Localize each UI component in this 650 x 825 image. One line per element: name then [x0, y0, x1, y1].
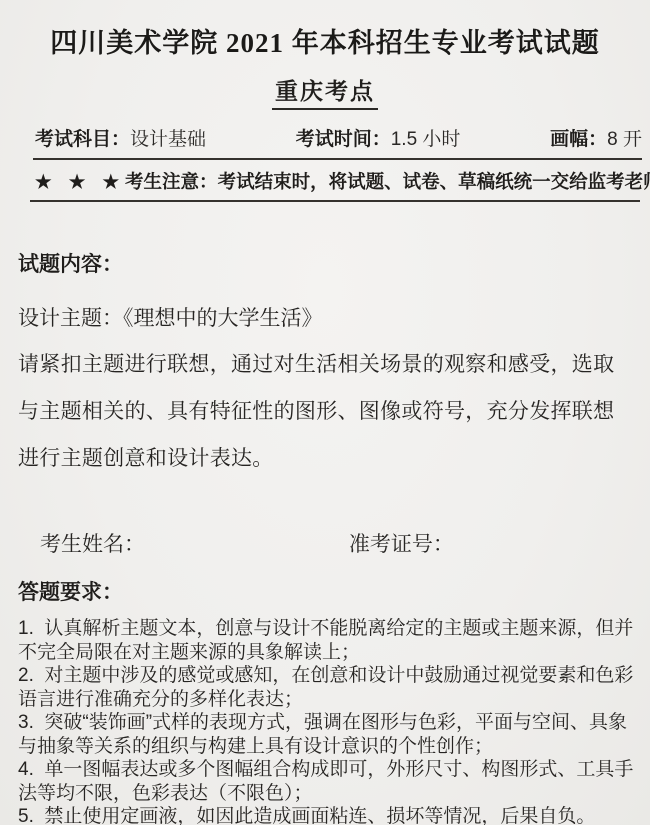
content-heading: 试题内容： [18, 248, 635, 278]
design-theme: 设计主题：《理想中的大学生活》 [18, 302, 635, 332]
page-title: 四川美术学院 2021 年本科招生专业考试试题 [0, 0, 650, 60]
candidate-name-label: 考生姓名： [40, 533, 145, 556]
candidate-info-row: 考生姓名： 准考证号： [18, 528, 635, 558]
exam-paper: 四川美术学院 2021 年本科招生专业考试试题 重庆考点 考试科目：设计基础 考… [0, 0, 650, 825]
requirement-item: 3. 突破“装饰画”式样的表现方式，强调在图形与色彩，平面与空间、具象与抽象等关… [18, 711, 635, 758]
requirements-heading: 答题要求： [18, 576, 635, 606]
subtitle-wrap: 重庆考点 [0, 73, 650, 110]
exam-meta-row: 考试科目：设计基础 考试时间：1.5 小时 画幅：8 开 [33, 124, 642, 160]
ticket-number-label: 准考证号： [349, 533, 454, 556]
exam-duration-label: 考试时间： [296, 129, 391, 150]
exam-duration: 考试时间：1.5 小时 [296, 124, 461, 151]
notice-label: 考生注意： [125, 171, 218, 192]
requirements-list: 1. 认真解析主题文本，创意与设计不能脱离给定的主题或主题来源，但并不完全局限在… [18, 617, 635, 825]
candidate-notice-row: ★ ★ ★考生注意：考试结束时，将试题、试卷、草稿纸统一交给监考老师。★ ★ ★ [30, 160, 640, 202]
exam-subject: 考试科目：设计基础 [35, 124, 206, 151]
paper-format-label: 画幅： [550, 129, 607, 150]
exam-brief-paragraph: 请紧扣主题进行联想，通过对生活相关场景的观察和感受，选取与主题相关的、具有特征性… [18, 341, 635, 482]
exam-site-subtitle: 重庆考点 [272, 73, 378, 110]
requirement-item: 5. 禁止使用定画液，如因此造成画面粘连、损坏等情况，后果自负。 [18, 805, 635, 825]
paper-format: 画幅：8 开 [550, 124, 642, 151]
requirement-item: 1. 认真解析主题文本，创意与设计不能脱离给定的主题或主题来源，但并不完全局限在… [18, 617, 635, 664]
requirement-item: 2. 对主题中涉及的感觉或感知，在创意和设计中鼓励通过视觉要素和色彩语言进行准确… [18, 664, 635, 711]
paper-format-value: 8 开 [607, 129, 642, 150]
requirement-item: 4. 单一图幅表达或多个图幅组合构成即可，外形尺寸、构图形式、工具手法等均不限，… [18, 758, 635, 805]
notice-text: 考试结束时，将试题、试卷、草稿纸统一交给监考老师。 [218, 171, 650, 192]
exam-content: 试题内容： 设计主题：《理想中的大学生活》 请紧扣主题进行联想，通过对生活相关场… [18, 248, 635, 825]
star-icons-left: ★ ★ ★ [35, 171, 125, 192]
exam-subject-label: 考试科目： [35, 129, 130, 150]
exam-subject-value: 设计基础 [130, 129, 206, 150]
exam-duration-value: 1.5 小时 [391, 129, 461, 150]
